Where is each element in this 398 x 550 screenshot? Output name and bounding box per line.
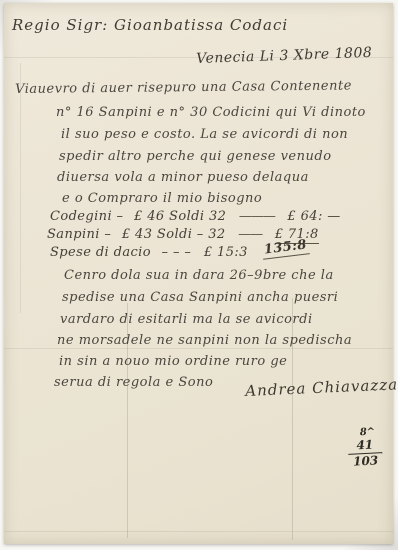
archival-number-bottom: 103 xyxy=(348,453,383,470)
signature: Andrea Chiavazza xyxy=(245,377,398,399)
body-line-3: il suo peso e costo. La se avicordi di n… xyxy=(61,128,348,141)
account-item: Spese di dacio xyxy=(50,245,151,260)
account-dash: —— xyxy=(238,227,262,242)
archival-number-middle: 41 xyxy=(348,438,383,456)
dateline: Venecia Li 3 Xbre 1808 xyxy=(196,46,372,66)
fold-crease-horizontal-bottom xyxy=(4,531,393,532)
closing-line-5: in sin a nouo mio ordine ruro ge xyxy=(59,355,287,368)
recipient-line: Regio Sigr: Gioanbatissa Codaci xyxy=(12,18,288,33)
letter-paper: Regio Sigr: Gioanbatissa Codaci Venecia … xyxy=(4,3,393,544)
account-row-spese-di-dacio: Spese di dacio – – – £ 15:3 135:8 xyxy=(50,245,309,262)
account-amount: £ 64: — xyxy=(287,209,340,224)
closing-line-2: spedise una Casa Sanpini ancha puesri xyxy=(62,291,338,304)
body-line-6: e o Compraro il mio bisogno xyxy=(62,192,262,205)
body-line-2: n° 16 Sanpini e n° 30 Codicini qui Vi di… xyxy=(56,106,366,119)
account-row-codegini: Codegini – £ 46 Soldi 32 ——— £ 64: — xyxy=(50,209,341,224)
account-item: Codegini – xyxy=(50,209,123,224)
account-dash: ——— xyxy=(239,209,275,224)
body-line-5: diuersa vola a minor pueso delaqua xyxy=(57,171,309,184)
archival-number-mark: 8^ 41 103 xyxy=(347,426,383,470)
fold-crease-horizontal-middle xyxy=(4,348,393,349)
account-amount: £ 15:3 xyxy=(204,245,248,260)
fold-crease-vertical-faint xyxy=(20,63,21,313)
closing-line-6: serua di regola e Sono xyxy=(54,376,213,389)
account-detail: £ 43 Soldi – 32 xyxy=(122,227,226,242)
body-line-4: spedir altro perche qui genese venudo xyxy=(59,150,332,163)
closing-line-4: ne morsadele ne sanpini non la spedischa xyxy=(57,334,352,347)
account-detail: – – – xyxy=(162,245,192,260)
closing-line-3: vardaro di esitarli ma la se avicordi xyxy=(60,313,313,326)
account-detail: £ 46 Soldi 32 xyxy=(134,209,226,224)
account-item: Sanpini – xyxy=(47,227,111,242)
closing-line-1: Cenro dola sua in dara 26–9bre che la xyxy=(64,269,334,282)
scan-background: Regio Sigr: Gioanbatissa Codaci Venecia … xyxy=(0,0,398,550)
body-line-1: Viauevro di auer risepuro una Casa Conte… xyxy=(15,79,352,96)
